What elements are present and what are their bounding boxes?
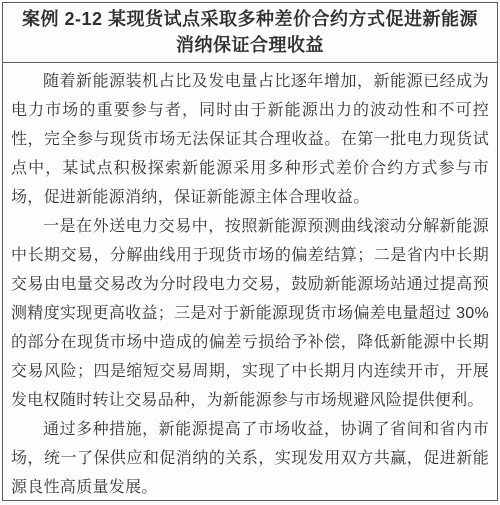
paragraph-conclusion: 通过多种措施，新能源提高了市场收益，协调了省间和省内市场，统一了保供应和促消纳的…: [11, 415, 489, 500]
paragraph-measures: 一是在外送电力交易中，按照新能源预测曲线滚动分解新能源中长期交易，分解曲线用于现…: [11, 212, 489, 415]
case-box: 案例 2-12 某现货试点采取多种差价合约方式促进新能源消纳保证合理收益 随着新…: [2, 2, 498, 501]
case-body: 随着新能源装机占比及发电量占比逐年增加，新能源已经成为电力市场的重要参与者，同时…: [3, 63, 497, 500]
case-title: 案例 2-12 某现货试点采取多种差价合约方式促进新能源消纳保证合理收益: [3, 3, 497, 63]
paragraph-intro: 随着新能源装机占比及发电量占比逐年增加，新能源已经成为电力市场的重要参与者，同时…: [11, 67, 489, 212]
document-page: 案例 2-12 某现货试点采取多种差价合约方式促进新能源消纳保证合理收益 随着新…: [0, 0, 500, 505]
